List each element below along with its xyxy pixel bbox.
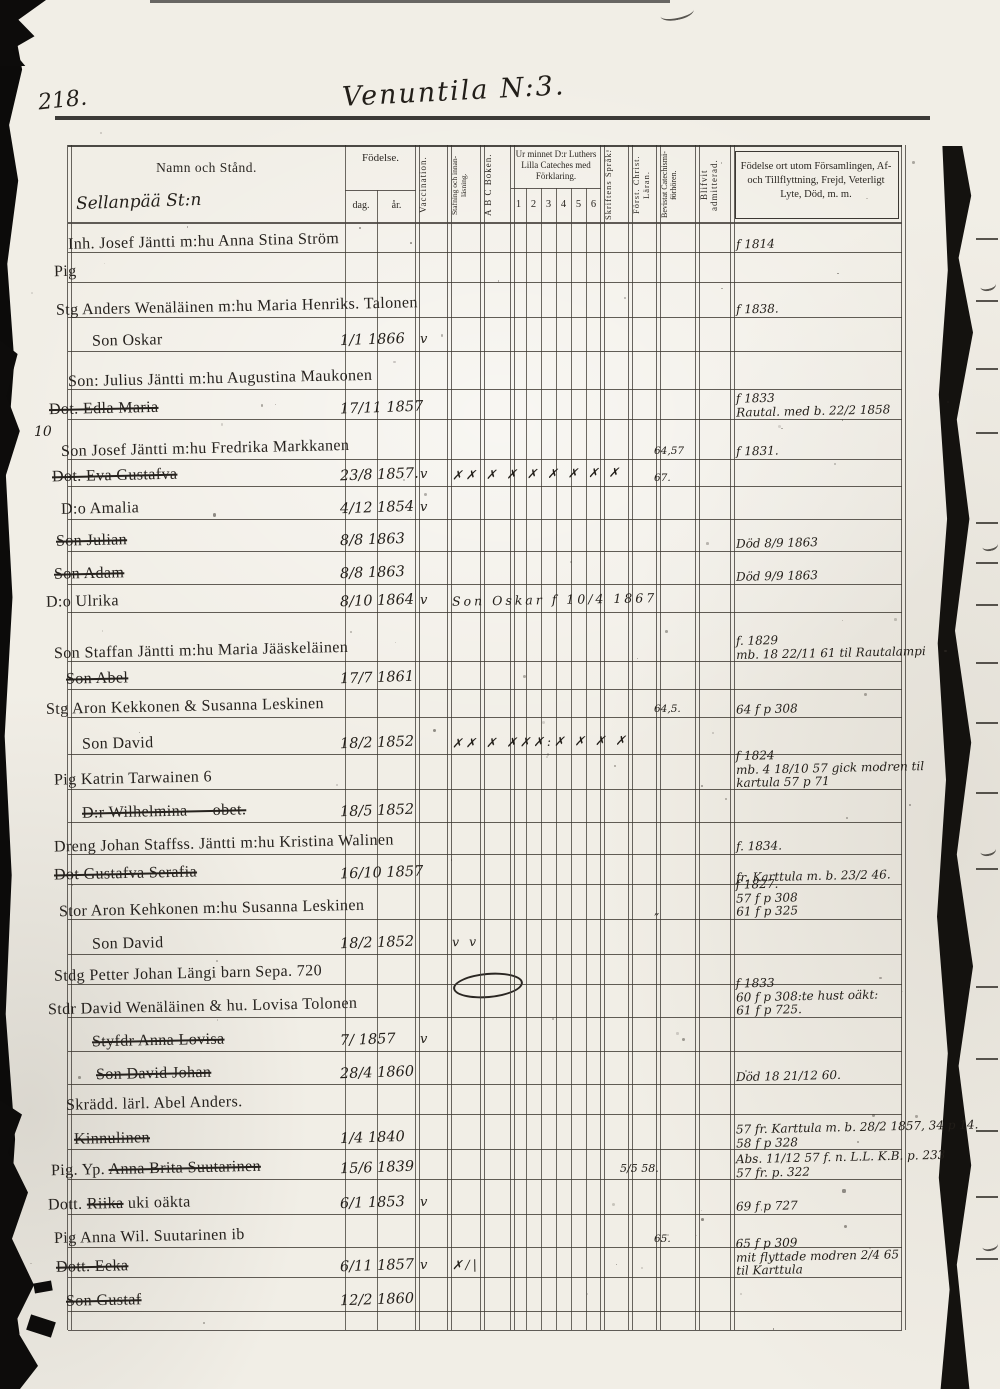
person-name: Pig Anna Wil. Suutarinen ib xyxy=(54,1226,245,1248)
scan-top-squiggle xyxy=(659,3,695,24)
scan-speckle xyxy=(894,618,897,621)
next-page-line xyxy=(976,300,998,302)
record-row: D:r Wilhelmina — obet.18/5 1852 xyxy=(68,790,902,823)
record-row: Stdr David Wenäläinen & hu. Lovisa Tolon… xyxy=(68,985,902,1018)
vaccination-mark: v xyxy=(420,593,427,608)
attended-mark: „ xyxy=(654,905,659,917)
record-row: Dott. Eeka6/11 1857v✗/|65 f p 309mit fly… xyxy=(68,1248,902,1278)
birth-date: 16/10 1857 xyxy=(340,864,424,883)
scan-speckle xyxy=(745,1070,747,1072)
next-page-squiggle xyxy=(979,278,997,292)
person-name: Dott. Riika uki oäkta xyxy=(48,1194,191,1215)
remarks-note: 65 f p 309mit flyttade modren 2/4 65til … xyxy=(736,1234,900,1278)
scan-speckle xyxy=(587,1293,588,1294)
next-page-squiggle xyxy=(981,1238,999,1252)
col-header-birth-year: år. xyxy=(377,200,416,211)
record-row: D:o Amalia4/12 1854v xyxy=(68,487,902,520)
record-row: Son: Julius Jäntti m:hu Augustina Maukon… xyxy=(68,352,902,390)
remarks-note: f. 1834. xyxy=(736,839,782,853)
scan-top-strip xyxy=(150,0,670,3)
scan-speckle xyxy=(624,297,626,299)
next-page-line xyxy=(976,238,998,240)
person-name: Pig xyxy=(54,263,77,281)
title-rule xyxy=(55,116,930,120)
birth-date: 18/2 1852 xyxy=(340,934,415,953)
person-name: Kinnulinen xyxy=(74,1129,150,1149)
birth-date: 23/8 1857. xyxy=(340,466,419,485)
record-row: Styfdr Anna Lovisa7/ 1857v xyxy=(68,1018,902,1052)
person-name: Stg Anders Wenäläinen m:hu Maria Henriks… xyxy=(56,294,418,320)
col-header-notes: Födelse ort utom Församlingen, Af- och T… xyxy=(739,160,893,202)
scan-speckle xyxy=(139,732,140,733)
person-name: Son Oskar xyxy=(92,331,163,350)
birth-date: 4/12 1854 xyxy=(340,499,415,518)
next-page-squiggle xyxy=(981,538,999,552)
person-name: D:r Wilhelmina — obet. xyxy=(82,801,247,822)
scan-speckle xyxy=(547,753,550,756)
record-row: Dot. Edla Maria17/11 1857f 1833Rautal. m… xyxy=(68,390,902,420)
scan-speckle xyxy=(800,539,801,540)
record-row: Dott. Riika uki oäkta6/1 1853v69 f p 727 xyxy=(68,1180,902,1215)
record-row: Skrädd. lärl. Abel Anders. xyxy=(68,1085,902,1115)
remarks-note: f. 1829mb. 18 22/11 61 til Rautalampi xyxy=(736,631,926,662)
birth-date: 12/2 1860 xyxy=(340,1291,415,1310)
scan-speckle xyxy=(100,132,102,134)
record-row: Son Abel17/7 1861 xyxy=(68,662,902,690)
catechism-marks: ✗✗ ✗ ✗✗✗:✗ ✗ ✗ ✗ xyxy=(452,732,629,750)
remarks-note: Död 18 21/12 60. xyxy=(736,1068,841,1084)
catechism-marks: v v xyxy=(452,934,479,949)
person-name: D:o Amalia xyxy=(61,499,140,519)
next-page-line xyxy=(976,662,998,664)
margin-mark: 10 xyxy=(34,424,52,440)
remarks-note: Död 8/9 1863 xyxy=(736,536,818,551)
remarks-note: f 183360 f p 308:te hust oäkt:61 f p 725… xyxy=(736,974,879,1017)
scan-speckle xyxy=(701,1210,702,1211)
col-header-catechism: Ur minnet D:r Luthers Lilla Cateches med… xyxy=(512,149,600,182)
record-row: Pig Katrin Tarwainen 6f 1824mb. 4 18/10 … xyxy=(68,755,902,790)
birth-date: 28/4 1860 xyxy=(340,1064,415,1083)
scan-speckle xyxy=(393,361,395,363)
next-page-line xyxy=(976,522,998,524)
birth-date: 6/1 1853 xyxy=(340,1194,405,1212)
scan-speckle xyxy=(213,513,216,516)
person-name: Stdr David Wenäläinen & hu. Lovisa Tolon… xyxy=(48,995,358,1019)
record-row: Son Adam8/8 1863Död 9/9 1863 xyxy=(68,552,902,585)
scan-speckle xyxy=(846,817,848,819)
record-row: Son Josef Jäntti m:hu Fredrika Markkanen… xyxy=(68,420,902,460)
attended-mark: 64,5. xyxy=(654,703,681,715)
next-page-line xyxy=(976,1058,998,1060)
record-row: Pig. Yp. Anna Brita Suutarinen15/6 18395… xyxy=(68,1150,902,1180)
person-name: Dott. Eeka xyxy=(56,1257,129,1277)
record-row: Son David Johan28/4 1860Död 18 21/12 60. xyxy=(68,1052,902,1085)
person-name: Son Adam xyxy=(54,564,125,583)
remarks-note: f 1833Rautal. med b. 22/2 1858 xyxy=(736,389,891,419)
attended-mark: 67. xyxy=(654,472,671,484)
scan-speckle xyxy=(676,1032,678,1034)
scan-speckle xyxy=(787,1256,790,1259)
person-name: Dot. Eva Gustafva xyxy=(52,466,178,487)
scan-speckle xyxy=(72,884,73,885)
person-name: Son Gustaf xyxy=(66,1291,142,1311)
catechism-col-number: 6 xyxy=(586,199,601,210)
birth-date: 1/1 1866 xyxy=(340,331,405,349)
person-name: Styfdr Anna Lovisa xyxy=(92,1031,225,1052)
person-name: Son: Julius Jäntti m:hu Augustina Maukon… xyxy=(68,367,373,391)
scan-speckle xyxy=(672,196,675,199)
record-row: Stg Anders Wenäläinen m:hu Maria Henriks… xyxy=(68,283,902,318)
record-row: D:o Ulrika8/10 1864vSon Oskar f 10/4 186… xyxy=(68,585,902,613)
next-page-line xyxy=(976,986,998,988)
person-name: Son Julian xyxy=(56,531,127,550)
page-title: Venuntila N:3. xyxy=(341,70,566,113)
remarks-note: 57 fr. Karttula m. b. 28/2 1857, 34 p 14… xyxy=(736,1118,979,1150)
scan-speckle xyxy=(842,1189,845,1192)
record-row: Son Oskar1/1 1866v xyxy=(68,318,902,352)
birth-date: 7/ 1857 xyxy=(340,1031,396,1049)
scan-speckle xyxy=(410,242,412,244)
scan-speckle xyxy=(857,1141,859,1143)
remarks-note: f 1827.57 f p 30861 f p 325 xyxy=(736,877,799,919)
book-binding-shadow xyxy=(937,146,973,1389)
vaccination-mark: v xyxy=(420,332,427,347)
scan-speckle xyxy=(947,401,949,403)
scan-speckle xyxy=(216,960,218,962)
scan-speckle xyxy=(637,658,638,659)
catechism-col-number: 2 xyxy=(526,199,541,210)
next-page-line xyxy=(976,562,998,564)
scanned-church-record-page: 218. Venuntila N:3. Namn och Stånd. Sell… xyxy=(0,0,1000,1389)
scan-speckle xyxy=(221,423,224,426)
birth-date: 15/6 1839 xyxy=(340,1159,415,1178)
record-row: Dot. Eva Gustafva23/8 1857.v✗✗ ✗ ✗ ✗ ✗ ✗… xyxy=(68,460,902,487)
catechism-subheader-line xyxy=(511,188,601,189)
col-header-name-handwritten: Sellanpää St:n xyxy=(76,190,202,214)
record-row: Son David18/2 1852v v xyxy=(68,920,902,955)
person-name: Dot. Edla Maria xyxy=(49,399,159,419)
person-name: Son David xyxy=(82,734,154,753)
scan-speckle xyxy=(203,1322,205,1324)
scan-speckle xyxy=(872,1114,874,1116)
person-name: Son Abel xyxy=(66,669,129,688)
vaccination-mark: v xyxy=(420,1258,427,1273)
person-name: Son David xyxy=(92,934,164,953)
person-name: Inh. Josef Jäntti m:hu Anna Stina Ström xyxy=(68,230,339,254)
vaccination-mark: v xyxy=(420,1032,427,1047)
scan-speckle xyxy=(778,425,781,428)
scan-speckle xyxy=(424,493,427,496)
table-bottom-line xyxy=(68,1330,902,1331)
record-row: Inh. Josef Jäntti m:hu Anna Stina Strömf… xyxy=(68,222,902,253)
person-name: Pig. Yp. Anna Brita Suutarinen xyxy=(51,1158,261,1180)
remarks-note: f 1838. xyxy=(736,302,779,316)
col-header-admitted: Blifvit admitterad. xyxy=(699,149,729,221)
scan-bottom-mark xyxy=(26,1314,56,1337)
scan-speckle xyxy=(864,693,867,696)
catechism-marks: ✗✗ ✗ ✗ ✗ ✗ ✗ ✗ ✗ xyxy=(452,465,622,483)
remarks-note: Abs. 11/12 57 f. n. L.L. K.B. p. 23357 f… xyxy=(736,1149,946,1180)
catechism-col-number: 4 xyxy=(556,199,571,210)
scan-speckle xyxy=(30,1263,32,1265)
scan-speckle xyxy=(915,1115,917,1117)
catechism-marks: ✗/| xyxy=(452,1257,480,1272)
person-name: Dreng Johan Staffss. Jäntti m:hu Kristin… xyxy=(54,831,394,856)
person-name: Pig Katrin Tarwainen 6 xyxy=(54,768,212,789)
next-page-line xyxy=(976,1258,998,1260)
scan-speckle xyxy=(612,1203,615,1206)
remarks-note: 69 f p 727 xyxy=(736,1199,798,1214)
vaccination-mark: v xyxy=(420,500,427,515)
scan-speckle xyxy=(682,1038,685,1041)
vaccination-mark: v xyxy=(420,467,427,482)
remarks-note: f 1824mb. 4 18/10 57 gick modren tilkart… xyxy=(736,746,925,790)
admitted-mark: 5/5 58. xyxy=(620,1162,659,1175)
person-name: Son David Johan xyxy=(96,1064,212,1084)
scan-speckle xyxy=(734,646,736,648)
catechism-col-number: 5 xyxy=(571,199,586,210)
remarks-note: Död 9/9 1863 xyxy=(736,569,818,584)
next-page-line xyxy=(976,722,998,724)
attended-mark: 64,57 xyxy=(654,445,684,457)
record-row: Dreng Johan Staffss. Jäntti m:hu Kristin… xyxy=(68,823,902,855)
next-page-line xyxy=(976,368,998,370)
scan-corner-blob xyxy=(0,0,46,66)
scan-speckle xyxy=(31,292,33,294)
scan-speckle xyxy=(523,675,526,678)
scan-speckle xyxy=(909,804,911,806)
page-number: 218. xyxy=(37,86,88,116)
scan-left-blob xyxy=(0,340,22,480)
person-name: Skrädd. lärl. Abel Anders. xyxy=(66,1093,243,1115)
record-row: Stg Aron Kekkonen & Susanna Leskinen64,5… xyxy=(68,690,902,718)
scan-speckle xyxy=(667,1234,668,1235)
person-name: Son Staffan Jäntti m:hu Maria Jääskeläin… xyxy=(54,639,349,663)
col-header-attended: Bevistat Catechismi- förhören. xyxy=(660,149,694,221)
birth-date: 18/5 1852 xyxy=(340,802,415,821)
birth-date: 8/8 1863 xyxy=(340,564,405,582)
record-row: Son Gustaf12/2 1860 xyxy=(68,1278,902,1312)
scan-speckle xyxy=(902,991,903,992)
remarks-note: 64 f p 308 xyxy=(736,702,798,717)
col-header-birth: Födelse. xyxy=(345,152,416,164)
scan-speckle xyxy=(706,542,709,545)
next-page-line xyxy=(976,1130,998,1132)
record-row: Son Staffan Jäntti m:hu Maria Jääskeläin… xyxy=(68,613,902,662)
birth-date: 1/4 1840 xyxy=(340,1129,405,1147)
scan-speckle xyxy=(614,765,616,767)
birth-subheader-line xyxy=(345,190,416,191)
vaccination-mark: v xyxy=(420,1195,427,1210)
scan-speckle xyxy=(403,479,405,481)
scan-speckle xyxy=(451,859,452,860)
birth-date: 8/10 1864 xyxy=(340,592,415,611)
scan-speckle xyxy=(217,1019,219,1021)
scan-speckle xyxy=(261,404,263,406)
remarks-note: f 1831. xyxy=(736,444,779,458)
col-header-vaccination: Vaccination. xyxy=(418,150,446,220)
next-page-line xyxy=(976,432,998,434)
scan-speckle xyxy=(869,1247,871,1249)
scan-speckle xyxy=(546,756,548,758)
scan-speckle xyxy=(570,561,572,563)
col-header-name: Namn och Stånd. xyxy=(68,160,345,176)
table-top-line xyxy=(68,145,902,147)
col-header-spelling: Stafning och innan- läsning. xyxy=(450,149,479,221)
scan-speckle xyxy=(879,977,881,979)
scan-left-blob2 xyxy=(0,1100,40,1389)
scan-speckle xyxy=(701,785,703,787)
record-row: Stor Aron Kehkonen m:hu Susanna Leskinen… xyxy=(68,885,902,920)
scan-speckle xyxy=(912,161,915,164)
col-header-abc: A B C Boken. xyxy=(483,150,509,220)
next-page-line xyxy=(976,868,998,870)
person-name: D:o Ulrika xyxy=(46,592,119,612)
catechism-col-number: 3 xyxy=(541,199,556,210)
birth-date: 8/8 1863 xyxy=(340,531,405,549)
next-page-squiggle xyxy=(979,843,997,857)
remarks-note: f 1814 xyxy=(736,237,775,251)
col-header-scripture: Skriftens Språk. xyxy=(603,149,627,221)
record-row: Kinnulinen1/4 184057 fr. Karttula m. b. … xyxy=(68,1115,902,1150)
col-header-birth-day: dag. xyxy=(345,200,377,211)
col-header-christian: Först. Christ. Läran. xyxy=(631,149,655,221)
scan-speckle xyxy=(701,1218,704,1221)
catechism-marks: Son Oskar f 10/4 1867 xyxy=(452,590,657,609)
birth-date: 6/11 1857 xyxy=(340,1257,415,1276)
catechism-col-number: 1 xyxy=(511,199,526,210)
scan-speckle xyxy=(78,1076,81,1079)
scan-speckle xyxy=(721,288,723,290)
scan-speckle xyxy=(102,630,103,631)
person-name: Son Josef Jäntti m:hu Fredrika Markkanen xyxy=(61,437,350,461)
birth-date: 17/7 1861 xyxy=(340,669,415,688)
record-row: Pig xyxy=(68,253,902,283)
person-name: Stdg Petter Johan Längi barn Sepa. 720 xyxy=(54,962,322,986)
record-row: Son Julian8/8 1863Död 8/9 1863 xyxy=(68,520,902,552)
person-name: Stg Aron Kekkonen & Susanna Leskinen xyxy=(46,695,324,719)
next-page-line xyxy=(976,1196,998,1198)
next-page-line xyxy=(976,792,998,794)
next-page-line xyxy=(976,604,998,606)
person-name: Stor Aron Kehkonen m:hu Susanna Leskinen xyxy=(59,897,365,921)
birth-date: 17/11 1857 xyxy=(340,399,424,418)
person-name: Dot Gustafva Serafia xyxy=(54,864,197,885)
birth-date: 18/2 1852 xyxy=(340,734,415,753)
scan-bottom-mark2 xyxy=(33,1281,52,1294)
